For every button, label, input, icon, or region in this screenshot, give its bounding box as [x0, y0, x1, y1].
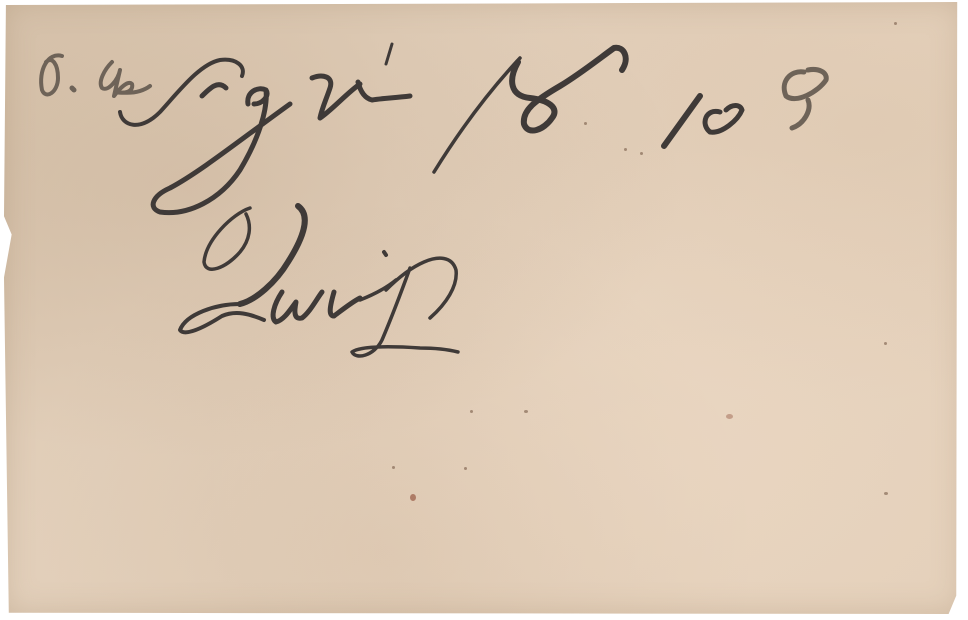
handwriting-place — [180, 206, 458, 356]
handwriting — [0, 0, 968, 620]
handwriting-prefix — [41, 55, 150, 96]
document-scan: J. de Sigri N. 108 Zurich — [0, 0, 968, 620]
handwriting-number — [434, 48, 826, 172]
handwriting-name — [120, 44, 410, 213]
